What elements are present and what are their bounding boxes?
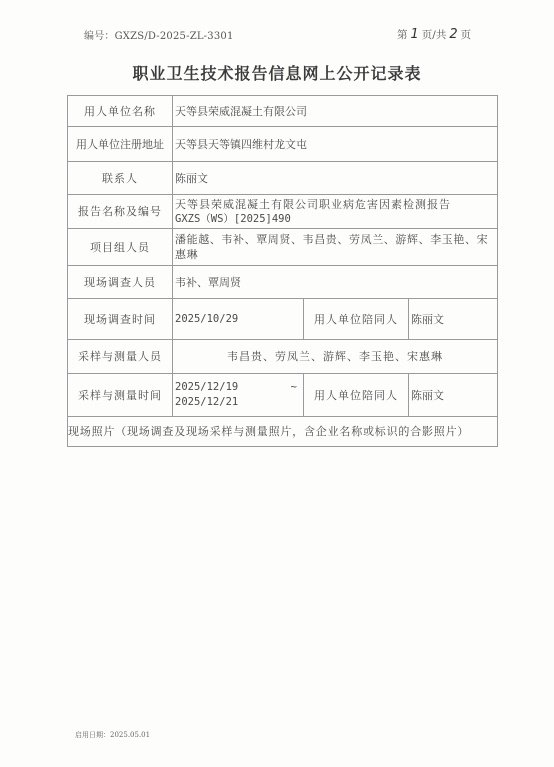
employer-address-value: 天等县天等镇四维村龙文屯 (173, 127, 498, 162)
effective-date-value: 2025.05.01 (110, 731, 150, 739)
survey-time-value: 2025/10/29 (173, 299, 304, 340)
contact-value: 陈丽文 (173, 162, 498, 195)
table-row-project-team: 项目组人员 潘能越、韦补、覃周贤、韦昌贵、劳凤兰、游辉、李玉艳、宋惠琳 (68, 229, 498, 266)
table-row-sampling-time: 采样与测量时间 2025/12/19~ 2025/12/21 用人单位陪同人 陈… (68, 374, 498, 417)
table-row-survey-staff: 现场调查人员 韦补、覃周贤 (68, 266, 498, 299)
sampling-staff-label: 采样与测量人员 (68, 340, 173, 374)
survey-staff-label: 现场调查人员 (68, 266, 173, 299)
table-row-contact: 联系人 陈丽文 (68, 162, 498, 195)
effective-date: 启用日期：2025.05.01 (75, 730, 150, 740)
page-mid: 页/共 (422, 29, 447, 41)
document-code: 编号：GXZS/D-2025-ZL-3301 (84, 27, 234, 42)
record-table: 用人单位名称 天等县荣威混凝土有限公司 用人单位注册地址 天等县天等镇四维村龙文… (67, 95, 498, 447)
survey-time-label: 现场调查时间 (68, 299, 173, 340)
contact-label: 联系人 (68, 162, 173, 195)
sampling-staff-value: 韦昌贵、劳凤兰、游辉、李玉艳、宋惠琳 (173, 340, 498, 374)
page-indicator: 第1页/共2页 (397, 27, 471, 42)
page-total: 2 (446, 27, 460, 42)
report-value: 天等县荣威混凝土有限公司职业病危害因素检测报告 GXZS（WS）[2025]49… (173, 195, 498, 229)
report-name: 天等县荣威混凝土有限公司职业病危害因素检测报告 (175, 197, 495, 212)
project-team-label: 项目组人员 (68, 229, 173, 266)
photos-label: 现场照片（现场调查及现场采样与测量照片，含企业名称或标识的合影照片） (68, 417, 498, 447)
employer-address-label: 用人单位注册地址 (68, 127, 173, 162)
survey-companion-value: 陈丽文 (409, 299, 498, 340)
document-code-value: GXZS/D-2025-ZL-3301 (115, 31, 234, 42)
sampling-time-label: 采样与测量时间 (68, 374, 173, 417)
table-row-employer-address: 用人单位注册地址 天等县天等镇四维村龙文屯 (68, 127, 498, 162)
document-code-label: 编号： (84, 31, 115, 42)
report-label: 报告名称及编号 (68, 195, 173, 229)
effective-date-label: 启用日期： (75, 731, 110, 739)
project-team-value: 潘能越、韦补、覃周贤、韦昌贵、劳凤兰、游辉、李玉艳、宋惠琳 (173, 229, 498, 266)
table-row-report: 报告名称及编号 天等县荣威混凝土有限公司职业病危害因素检测报告 GXZS（WS）… (68, 195, 498, 229)
survey-companion-label: 用人单位陪同人 (304, 299, 409, 340)
sampling-time-end: 2025/12/21 (175, 395, 301, 410)
survey-staff-value: 韦补、覃周贤 (173, 266, 498, 299)
table-row-employer-name: 用人单位名称 天等县荣威混凝土有限公司 (68, 96, 498, 127)
report-number: GXZS（WS）[2025]490 (175, 212, 495, 227)
page-title: 职业卫生技术报告信息网上公开记录表 (0, 61, 554, 84)
sampling-time-value: 2025/12/19~ 2025/12/21 (173, 374, 304, 417)
page-suffix: 页 (461, 29, 472, 41)
page-current: 1 (408, 27, 422, 42)
employer-name-value: 天等县荣威混凝土有限公司 (173, 96, 498, 127)
table-row-photos: 现场照片（现场调查及现场采样与测量照片，含企业名称或标识的合影照片） (68, 417, 498, 447)
page-prefix: 第 (397, 29, 408, 41)
sampling-companion-label: 用人单位陪同人 (304, 374, 409, 417)
table-row-sampling-staff: 采样与测量人员 韦昌贵、劳凤兰、游辉、李玉艳、宋惠琳 (68, 340, 498, 374)
employer-name-label: 用人单位名称 (68, 96, 173, 127)
sampling-time-separator: ~ (291, 380, 301, 395)
sampling-time-start: 2025/12/19 (175, 381, 238, 393)
table-row-survey-time: 现场调查时间 2025/10/29 用人单位陪同人 陈丽文 (68, 299, 498, 340)
sampling-companion-value: 陈丽文 (409, 374, 498, 417)
